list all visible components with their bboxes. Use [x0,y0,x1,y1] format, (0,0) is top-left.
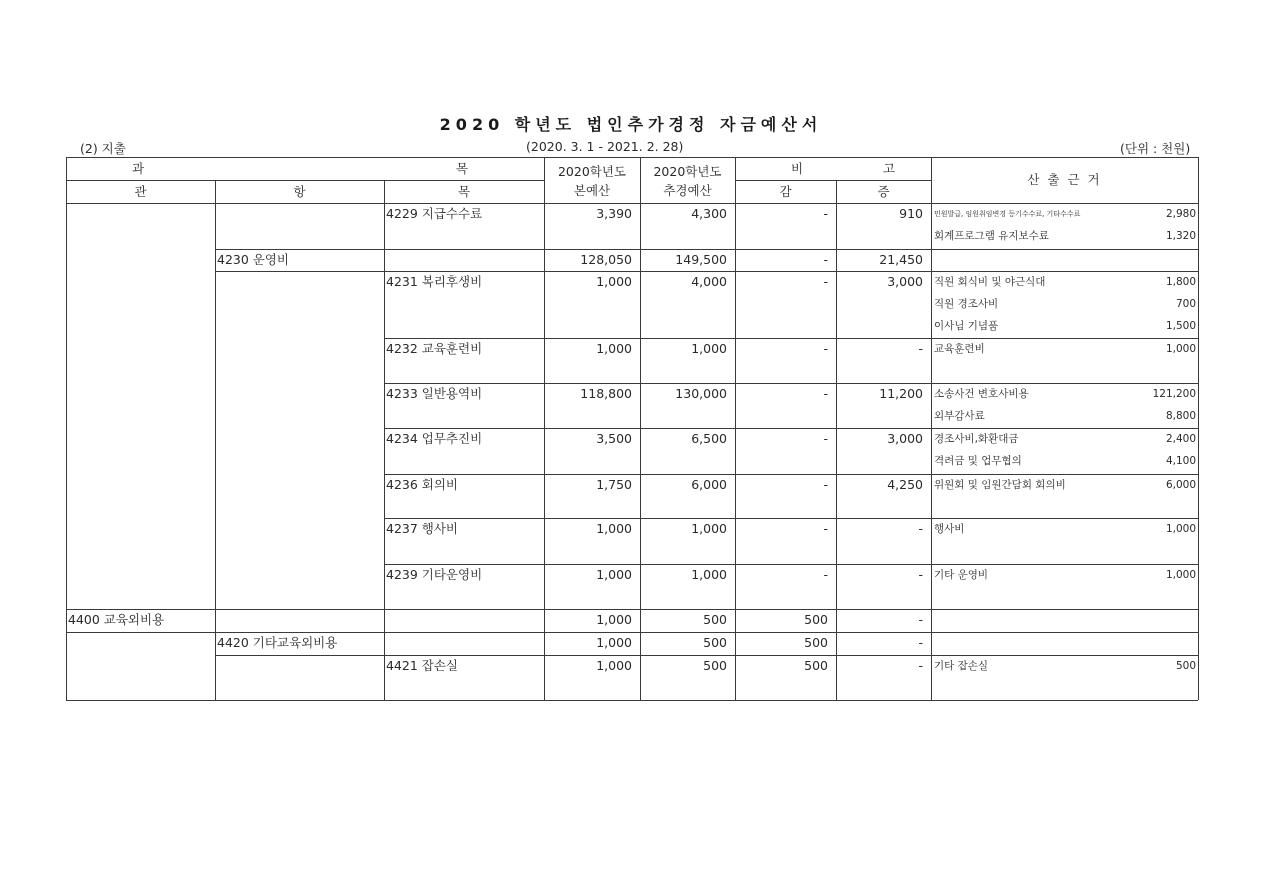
row-increase: 3,000 [836,430,931,448]
table-rule [66,203,1198,204]
row-basis: 직원 회식비 및 야근식대1,800직원 경조사비700이사님 기념품1,500 [931,272,1198,339]
row-rev-budget: 6,000 [640,476,735,494]
basis-item: 행사비1,000 [931,521,1198,537]
row-mok: 4234 업무추진비 [384,430,544,448]
row-decrease: - [735,273,836,291]
header-mok: 목 [384,183,544,201]
row-increase: 11,200 [836,385,931,403]
basis-label: 직원 경조사비 [934,296,998,312]
header-gwamok-left: 과 [132,160,144,178]
basis-item: 교육훈련비1,000 [931,341,1198,357]
row-increase: - [836,634,931,652]
row-increase: 4,250 [836,476,931,494]
document-title: 2020 학년도 법인추가경정 자금예산서 [0,112,1262,135]
basis-amount: 1,000 [1166,567,1196,583]
basis-item: 직원 경조사비700 [931,296,1198,312]
row-mok: 4232 교육훈련비 [384,340,544,358]
row-increase: 910 [836,205,931,223]
basis-label: 교육훈련비 [934,341,985,357]
row-rev-budget: 500 [640,611,735,629]
table-rule [66,157,67,700]
basis-amount: 8,800 [1166,408,1196,424]
row-rev-budget: 4,000 [640,273,735,291]
basis-label: 기타 운영비 [934,567,988,583]
table-rule [384,518,1198,519]
row-mok: 4237 행사비 [384,520,544,538]
budget-table: 과 목 관 항 목 2020학년도 본예산 2020학년도 추경예산 비 고 감… [66,157,1198,700]
row-increase: - [836,340,931,358]
basis-item: 이사님 기념품1,500 [931,318,1198,334]
row-orig-budget: 1,000 [544,634,640,652]
basis-amount: 1,320 [1166,228,1196,244]
header-rev-budget-line2: 추경예산 [640,181,735,200]
basis-label: 직원 회식비 및 야근식대 [934,274,1045,290]
row-basis: 민원발급, 임원취임변경 등기수수료, 기타수수료2,980회계프로그램 유지보… [931,204,1198,250]
row-gwan: 4400 교육외비용 [66,611,215,629]
header-bigo-right: 고 [883,160,895,178]
row-rev-budget: 4,300 [640,205,735,223]
row-rev-budget: 500 [640,657,735,675]
row-rev-budget: 500 [640,634,735,652]
table-rule [384,474,1198,475]
row-increase: 21,450 [836,251,931,269]
row-decrease: - [735,385,836,403]
row-increase: 3,000 [836,273,931,291]
basis-amount: 1,000 [1166,521,1196,537]
row-decrease: - [735,205,836,223]
basis-amount: 1,800 [1166,274,1196,290]
basis-item: 기타 운영비1,000 [931,567,1198,583]
basis-item: 격려금 및 업무협의4,100 [931,453,1198,469]
row-decrease: - [735,340,836,358]
basis-amount: 6,000 [1166,477,1196,493]
row-rev-budget: 6,500 [640,430,735,448]
basis-label: 격려금 및 업무협의 [934,453,1022,469]
basis-label: 이사님 기념품 [934,318,998,334]
basis-label: 회계프로그램 유지보수료 [934,228,1049,244]
table-rule [215,249,1198,250]
row-orig-budget: 1,000 [544,566,640,584]
row-rev-budget: 1,000 [640,520,735,538]
table-rule [66,180,544,181]
table-rule [66,609,1198,610]
header-rev-budget-line1: 2020학년도 [640,162,735,181]
table-rule [384,428,1198,429]
basis-label: 외부감사료 [934,408,985,424]
row-decrease: - [735,430,836,448]
header-rev-budget: 2020학년도 추경예산 [640,162,735,200]
row-decrease: 500 [735,611,836,629]
basis-amount: 4,100 [1166,453,1196,469]
table-rule [384,564,1198,565]
row-rev-budget: 130,000 [640,385,735,403]
basis-amount: 1,500 [1166,318,1196,334]
header-orig-budget-line2: 본예산 [544,181,640,200]
table-rule [215,180,216,700]
row-orig-budget: 1,000 [544,520,640,538]
row-basis: 기타 운영비1,000 [931,565,1198,610]
header-bigo-left: 비 [791,160,803,178]
row-increase: - [836,566,931,584]
basis-label: 소송사건 변호사비용 [934,386,1029,402]
table-rule [384,338,1198,339]
row-orig-budget: 128,050 [544,251,640,269]
basis-amount: 121,200 [1153,386,1196,402]
row-decrease: 500 [735,657,836,675]
table-rule [66,157,1198,158]
row-basis: 기타 잡손실500 [931,656,1198,701]
basis-amount: 500 [1176,658,1196,674]
basis-item: 소송사건 변호사비용121,200 [931,386,1198,402]
header-hang: 항 [215,183,384,201]
unit-label: (단위 : 천원) [1120,139,1190,157]
basis-amount: 2,400 [1166,431,1196,447]
row-orig-budget: 1,750 [544,476,640,494]
row-mok: 4236 회의비 [384,476,544,494]
row-increase: - [836,611,931,629]
section-label: (2) 지출 [80,139,126,157]
header-increase: 증 [836,183,931,201]
basis-label: 민원발급, 임원취임변경 등기수수료, 기타수수료 [934,206,1080,222]
row-mok: 4229 지급수수료 [384,205,544,223]
table-rule [1198,157,1199,700]
row-decrease: 500 [735,634,836,652]
basis-label: 경조사비,화환대금 [934,431,1018,447]
row-basis [931,633,1198,656]
table-rule [384,383,1198,384]
basis-item: 경조사비,화환대금2,400 [931,431,1198,447]
basis-item: 기타 잡손실500 [931,658,1198,674]
header-gwan: 관 [66,183,215,201]
table-rule [215,655,1198,656]
basis-item: 위원회 및 임원간담회 회의비6,000 [931,477,1198,493]
row-mok: 4421 잡손실 [384,657,544,675]
row-decrease: - [735,566,836,584]
row-decrease: - [735,476,836,494]
row-decrease: - [735,251,836,269]
row-orig-budget: 1,000 [544,340,640,358]
header-orig-budget-line1: 2020학년도 [544,162,640,181]
basis-amount: 1,000 [1166,341,1196,357]
header-gwamok-right: 목 [456,160,468,178]
row-rev-budget: 1,000 [640,340,735,358]
row-orig-budget: 3,390 [544,205,640,223]
basis-item: 외부감사료8,800 [931,408,1198,424]
row-rev-budget: 1,000 [640,566,735,584]
row-basis: 소송사건 변호사비용121,200외부감사료8,800 [931,384,1198,429]
header-decrease: 감 [735,183,836,201]
basis-item: 직원 회식비 및 야근식대1,800 [931,274,1198,290]
table-rule [836,180,837,700]
row-orig-budget: 118,800 [544,385,640,403]
row-orig-budget: 1,000 [544,273,640,291]
row-basis: 위원회 및 임원간담회 회의비6,000 [931,475,1198,519]
basis-item: 회계프로그램 유지보수료1,320 [931,228,1198,244]
table-rule [384,180,385,700]
row-decrease: - [735,520,836,538]
row-orig-budget: 1,000 [544,657,640,675]
row-mok: 4239 기타운영비 [384,566,544,584]
header-orig-budget: 2020학년도 본예산 [544,162,640,200]
row-basis [931,250,1198,272]
table-rule [215,271,1198,272]
basis-label: 기타 잡손실 [934,658,988,674]
row-increase: - [836,657,931,675]
row-basis [931,610,1198,633]
row-basis: 경조사비,화환대금2,400격려금 및 업무협의4,100 [931,429,1198,475]
table-rule [735,180,931,181]
row-hang: 4420 기타교육외비용 [215,634,384,652]
basis-item: 민원발급, 임원취임변경 등기수수료, 기타수수료2,980 [931,206,1198,222]
basis-label: 위원회 및 임원간담회 회의비 [934,477,1066,493]
row-basis: 교육훈련비1,000 [931,339,1198,384]
basis-amount: 2,980 [1166,206,1196,222]
fiscal-period: (2020. 3. 1 - 2021. 2. 28) [526,139,683,154]
row-mok: 4233 일반용역비 [384,385,544,403]
table-rule [66,632,1198,633]
basis-label: 행사비 [934,521,964,537]
table-rule [66,700,1198,701]
header-basis: 산 출 근 거 [931,171,1198,189]
row-rev-budget: 149,500 [640,251,735,269]
row-increase: - [836,520,931,538]
basis-amount: 700 [1176,296,1196,312]
row-orig-budget: 1,000 [544,611,640,629]
row-hang: 4230 운영비 [215,251,384,269]
row-orig-budget: 3,500 [544,430,640,448]
row-basis: 행사비1,000 [931,519,1198,565]
row-mok: 4231 복리후생비 [384,273,544,291]
